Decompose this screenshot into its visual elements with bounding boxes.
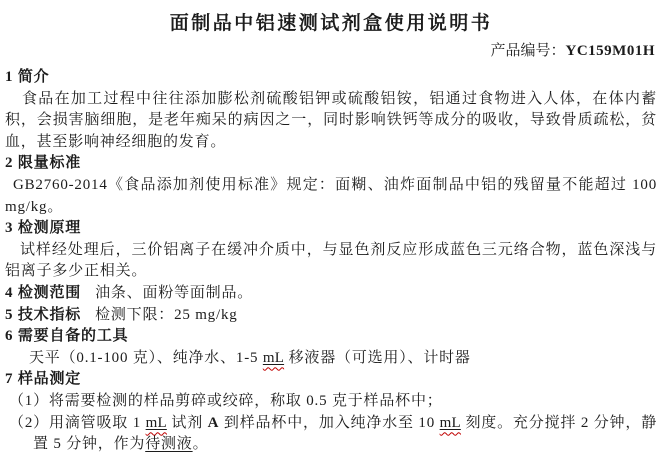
section-2-body: GB2760-2014《食品添加剂使用标准》规定：面糊、油炸面制品中铝的残留量不… [5,175,657,218]
step-2-line: （2）用滴管吸取 1 mL 试剂 A 到样品杯中，加入纯净水至 10 mL 刻度… [5,413,657,456]
sample-liquid-term: 待测液 [145,436,192,452]
section-6-heading: 6 需要自备的工具 [5,326,657,348]
spellcheck-wavy-underline: mL [263,350,284,366]
step-1-line: （1）将需要检测的样品剪碎或绞碎，称取 0.5 克于样品杯中； [5,391,657,413]
section-4-body: 油条、面粉等面制品。 [95,285,253,301]
product-code-value: YC159M01H [566,43,656,59]
section-6-tools-line: 天平（0.1-100 克）、纯净水、1-5 mL 移液器（可选用）、计时器 [5,348,657,370]
section-5-line: 5 技术指标检测下限：25 mg/kg [5,305,657,327]
step-2-text-pre: （2）用滴管吸取 1 [9,415,146,431]
step-2-text-end: 。 [193,436,209,452]
section-3-heading: 3 检测原理 [5,218,657,240]
section-4-heading: 4 检测范围 [5,285,81,301]
ml-unit-1: mL [146,415,167,431]
reagent-a-label: A [208,415,220,431]
spellcheck-wavy-underline: mL [146,415,167,431]
step-2-text-mid2: 到样品杯中，加入纯净水至 10 [219,415,439,431]
section-1-body: 食品在加工过程中往往添加膨松剂硫酸铝钾或硫酸铝铵，铝通过食物进入人体，在体内蓄积… [5,89,657,154]
document-page: 面制品中铝速测试剂盒使用说明书 产品编号：YC159M01H 1 简介 食品在加… [0,0,671,476]
section-1-heading: 1 简介 [5,67,657,89]
step-2-text-mid1: 试剂 [167,415,208,431]
document-title: 面制品中铝速测试剂盒使用说明书 [5,10,657,38]
tools-text-pre: 天平（0.1-100 克）、纯净水、1-5 [29,350,263,366]
document-body: 1 简介 食品在加工过程中往往添加膨松剂硫酸铝钾或硫酸铝铵，铝通过食物进入人体，… [5,67,657,456]
ml-unit-tools: mL [263,350,284,366]
section-5-body: 检测下限：25 mg/kg [95,307,238,323]
section-3-body: 试样经处理后，三价铝离子在缓冲介质中，与显色剂反应形成蓝色三元络合物，蓝色深浅与… [5,240,657,283]
section-2-heading: 2 限量标准 [5,153,657,175]
ml-unit-2: mL [440,415,461,431]
section-7-heading: 7 样品测定 [5,369,657,391]
product-code-line: 产品编号：YC159M01H [5,38,657,64]
tools-text-post: 移液器（可选用）、计时器 [284,350,471,366]
section-5-heading: 5 技术指标 [5,307,81,323]
spellcheck-wavy-underline: mL [440,415,461,431]
section-4-line: 4 检测范围油条、面粉等面制品。 [5,283,657,305]
product-code-label: 产品编号： [490,43,565,59]
